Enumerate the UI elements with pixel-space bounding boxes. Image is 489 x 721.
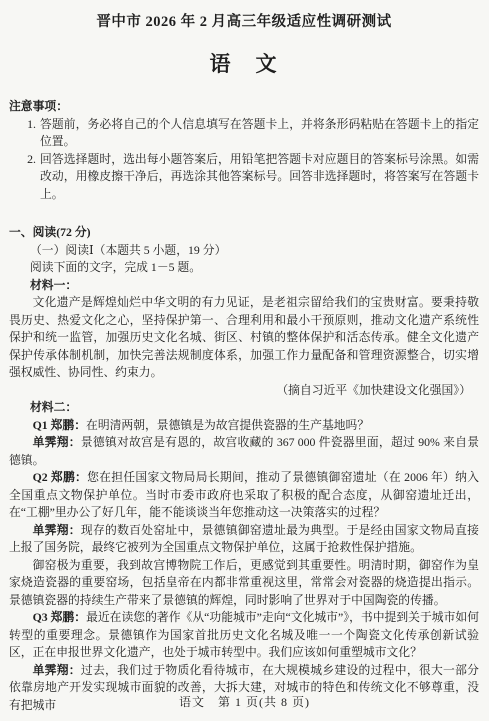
dialog-text: 御窑极为重要，我到故宫博物院工作后，更感觉到其重要性。明清时期，御窑作为皇家烧造…: [9, 558, 479, 607]
speaker-name: Q2 郑鹏：: [33, 470, 88, 484]
speaker-name: 单霁翔：: [33, 663, 81, 677]
speaker-name: 单霁翔：: [33, 523, 81, 537]
dialog-paragraph-q1: Q1 郑鹏：在明清两朝，景德镇是为故宫提供瓷器的生产基地吗？: [9, 417, 479, 435]
dialog-paragraph-a2: 单霁翔：现存的数百处窑址中，景德镇御窑遗址最为典型。于是经由国家文物局直接上报了…: [9, 522, 479, 557]
dialog-paragraph-q2: Q2 郑鹏：您在担任国家文物局局长期间，推动了景德镇御窑遗址（在 2006 年）…: [9, 469, 479, 522]
dialog-text: 在明清两朝，景德镇是为故宫提供瓷器的生产基地吗？: [86, 418, 369, 432]
exam-title: 晋中市 2026 年 2 月高三年级适应性调研测试: [9, 14, 479, 32]
exam-subject-title: 语 文: [9, 56, 479, 74]
material1-source: （摘自习近平《加快建设文化强国》）: [9, 382, 479, 400]
material2-label: 材料二：: [9, 399, 479, 417]
material1-paragraph: 文化遗产是辉煌灿烂中华文明的有力见证，是老祖宗留给我们的宝贵财富。要秉持敬畏历史…: [9, 294, 479, 382]
notice-section: 注意事项： 1. 答题前，务必将自己的个人信息填写在答题卡上，并将条形码粘贴在答…: [9, 98, 479, 203]
speaker-name: Q1 郑鹏：: [33, 418, 86, 432]
material1-label: 材料一：: [9, 277, 479, 295]
notice-item-1: 1. 答题前，务必将自己的个人信息填写在答题卡上，并将条形码粘贴在答题卡上的指定…: [9, 116, 479, 151]
notice-item-2-text: 回答选择题时，选出每小题答案后，用铅笔把答题卡对应题目的答案标号涂黑。如需改动，…: [40, 151, 479, 204]
notice-item-2: 2. 回答选择题时，选出每小题答案后，用铅笔把答题卡对应题目的答案标号涂黑。如需…: [9, 151, 479, 204]
dialog-paragraph-a2-cont: 御窑极为重要，我到故宫博物院工作后，更感觉到其重要性。明清时期，御窑作为皇家烧造…: [9, 557, 479, 610]
notice-heading: 注意事项：: [9, 98, 479, 116]
part-heading: （一）阅读Ⅰ（本题共 5 小题，19 分）: [9, 242, 479, 260]
speaker-name: Q3 郑鹏：: [33, 610, 86, 624]
notice-item-2-number: 2.: [9, 151, 40, 204]
exam-paper-page: 晋中市 2026 年 2 月高三年级适应性调研测试 语 文 注意事项： 1. 答…: [0, 0, 489, 721]
dialog-paragraph-q3: Q3 郑鹏：最近在读您的著作《从“功能城市”走向“文化城市”》，书中提到关于城市…: [9, 609, 479, 662]
speaker-name: 单霁翔：: [33, 435, 81, 449]
dialog-paragraph-a1: 单霁翔：景德镇对故宫是有恩的，故宫收藏的 367 000 件瓷器里面，超过 90…: [9, 434, 479, 469]
reading-section: 一、阅读(72 分) （一）阅读Ⅰ（本题共 5 小题，19 分） 阅读下面的文字…: [9, 224, 479, 714]
notice-item-1-text: 答题前，务必将自己的个人信息填写在答题卡上，并将条形码粘贴在答题卡上的指定位置。: [40, 116, 479, 151]
reading-instruction: 阅读下面的文字，完成 1－5 题。: [9, 259, 479, 277]
section-heading: 一、阅读(72 分): [9, 224, 479, 242]
material2-dialog: Q1 郑鹏：在明清两朝，景德镇是为故宫提供瓷器的生产基地吗？ 单霁翔：景德镇对故…: [9, 417, 479, 715]
notice-item-1-number: 1.: [9, 116, 40, 151]
page-footer: 语文 第 1 页(共 8 页): [0, 694, 489, 712]
